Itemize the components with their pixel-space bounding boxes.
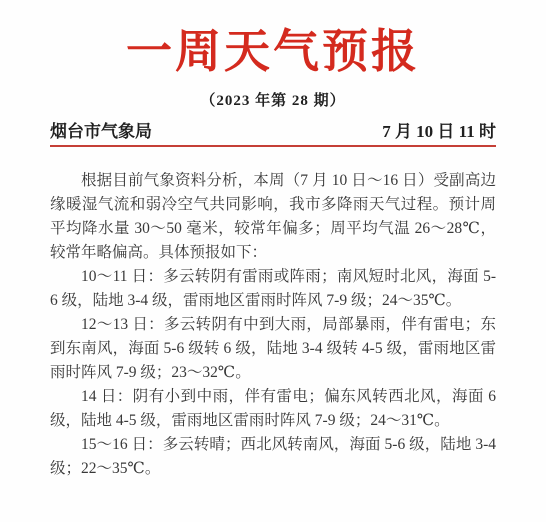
document-content: 一周天气预报 （2023 年第 28 期） 烟台市气象局 7 月 10 日 11… [0, 24, 546, 481]
forecast-paragraph-day12-13: 12～13 日：多云转阴有中到大雨，局部暴雨，伴有雷电；东到东南风，海面 5-6… [50, 313, 496, 385]
header-meta-row: 烟台市气象局 7 月 10 日 11 时 [50, 117, 496, 142]
forecast-body: 根据目前气象资料分析，本周（7 月 10 日～16 日）受副高边缘暖湿气流和弱冷… [50, 169, 496, 481]
issue-datetime: 7 月 10 日 11 时 [382, 117, 496, 142]
forecast-paragraph-day15-16: 15～16 日：多云转晴；西北风转南风，海面 5-6 级，陆地 3-4 级；22… [50, 433, 496, 481]
forecast-paragraph-day14: 14 日：阴有小到中雨，伴有雷电；偏东风转西北风，海面 6 级，陆地 4-5 级… [50, 385, 496, 433]
header-divider [50, 145, 496, 147]
document-page: 一周天气预报 （2023 年第 28 期） 烟台市气象局 7 月 10 日 11… [0, 0, 546, 522]
forecast-paragraph-day10-11: 10～11 日：多云转阴有雷雨或阵雨；南风短时北风，海面 5-6 级，陆地 3-… [50, 265, 496, 313]
agency-name: 烟台市气象局 [50, 117, 152, 142]
page-title: 一周天气预报 [50, 24, 496, 79]
forecast-paragraph-overview: 根据目前气象资料分析，本周（7 月 10 日～16 日）受副高边缘暖湿气流和弱冷… [50, 169, 496, 265]
issue-number: （2023 年第 28 期） [50, 89, 496, 110]
